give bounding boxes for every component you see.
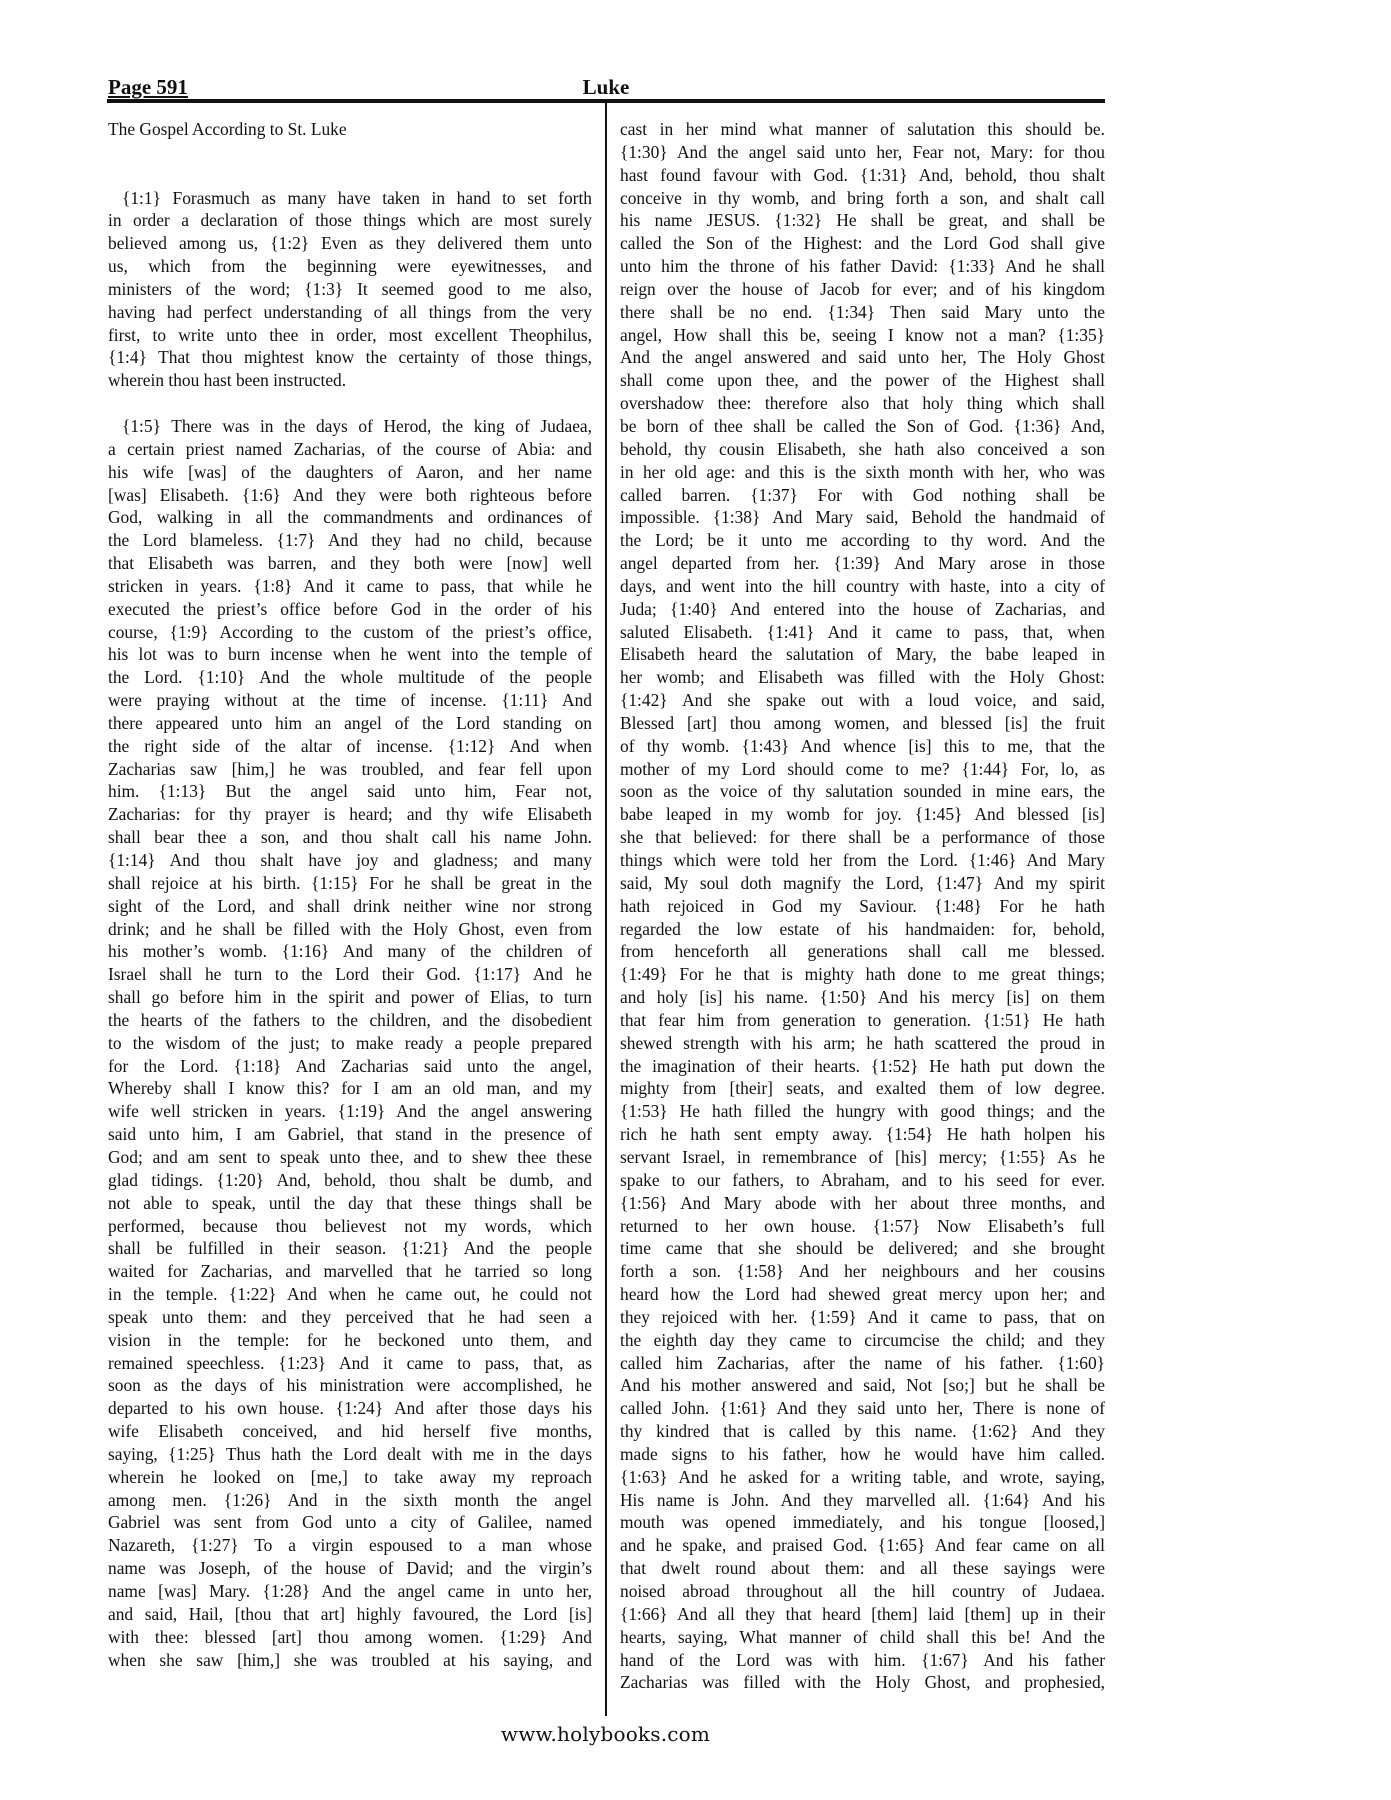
text-line: servant Israel, in remembrance of [his] … bbox=[620, 1146, 1105, 1169]
text-line: angel, How shall this be, seeing I know … bbox=[620, 324, 1105, 347]
text-line: His name is John. And they marvelled all… bbox=[620, 1489, 1105, 1512]
spacer bbox=[108, 164, 592, 187]
text-line: among men. {1:26} And in the sixth month… bbox=[108, 1489, 592, 1512]
text-line: to the wisdom of the just; to make ready… bbox=[108, 1032, 592, 1055]
text-line: wherein thou hast been instructed. bbox=[108, 369, 592, 392]
text-line: thy kindred that is called by this name.… bbox=[620, 1420, 1105, 1443]
text-line: the eighth day they came to circumcise t… bbox=[620, 1329, 1105, 1352]
text-line: sight of the Lord, and shall drink neith… bbox=[108, 895, 592, 918]
text-line: shall come upon thee, and the power of t… bbox=[620, 369, 1105, 392]
text-line: be born of thee shall be called the Son … bbox=[620, 415, 1105, 438]
text-line: name [was] Mary. {1:28} And the angel ca… bbox=[108, 1580, 592, 1603]
text-line: shall bear thee a son, and thou shalt ca… bbox=[108, 826, 592, 849]
text-line: not able to speak, until the day that th… bbox=[108, 1192, 592, 1215]
text-line: days, and went into the hill country wit… bbox=[620, 575, 1105, 598]
text-line: course, {1:9} According to the custom of… bbox=[108, 621, 592, 644]
text-line: first, to write unto thee in order, most… bbox=[108, 324, 592, 347]
text-line: glad tidings. {1:20} And, behold, thou s… bbox=[108, 1169, 592, 1192]
text-line: in the temple. {1:22} And when he came o… bbox=[108, 1283, 592, 1306]
left-column: The Gospel According to St. Luke {1:1} F… bbox=[108, 118, 592, 1671]
text-line: a certain priest named Zacharias, of the… bbox=[108, 438, 592, 461]
text-line: for the Lord. {1:18} And Zacharias said … bbox=[108, 1055, 592, 1078]
text-line: {1:66} And all they that heard [them] la… bbox=[620, 1603, 1105, 1626]
spacer bbox=[108, 392, 592, 415]
text-line: Blessed [art] thou among women, and bles… bbox=[620, 712, 1105, 735]
text-line: God; and am sent to speak unto thee, and… bbox=[108, 1146, 592, 1169]
text-line: rich he hath sent empty away. {1:54} He … bbox=[620, 1123, 1105, 1146]
text-line: {1:5} There was in the days of Herod, th… bbox=[108, 415, 592, 438]
text-line: speak unto them: and they perceived that… bbox=[108, 1306, 592, 1329]
text-line: were praying without at the time of ince… bbox=[108, 689, 592, 712]
text-line: mouth was opened immediately, and his to… bbox=[620, 1511, 1105, 1534]
text-line: time came that she should be delivered; … bbox=[620, 1237, 1105, 1260]
text-line: {1:63} And he asked for a writing table,… bbox=[620, 1466, 1105, 1489]
text-line: there appeared unto him an angel of the … bbox=[108, 712, 592, 735]
book-title: Luke bbox=[107, 74, 1105, 100]
text-line: [was] Elisabeth. {1:6} And they were bot… bbox=[108, 484, 592, 507]
text-line: called barren. {1:37} For with God nothi… bbox=[620, 484, 1105, 507]
footer-url: www.holybooks.com bbox=[0, 1722, 1211, 1746]
text-line: the right side of the altar of incense. … bbox=[108, 735, 592, 758]
text-line: remained speechless. {1:23} And it came … bbox=[108, 1352, 592, 1375]
text-line: And the angel answered and said unto her… bbox=[620, 346, 1105, 369]
text-line: heard how the Lord had shewed great merc… bbox=[620, 1283, 1105, 1306]
text-line: of thy womb. {1:43} And whence [is] this… bbox=[620, 735, 1105, 758]
text-line: the hearts of the fathers to the childre… bbox=[108, 1009, 592, 1032]
text-line: {1:30} And the angel said unto her, Fear… bbox=[620, 141, 1105, 164]
text-line: they rejoiced with her. {1:59} And it ca… bbox=[620, 1306, 1105, 1329]
text-line: overshadow thee: therefore also that hol… bbox=[620, 392, 1105, 415]
text-line: forth a son. {1:58} And her neighbours a… bbox=[620, 1260, 1105, 1283]
paragraph-2: {1:5} There was in the days of Herod, th… bbox=[108, 415, 592, 1671]
spacer bbox=[108, 141, 592, 164]
text-line: the Lord; be it unto me according to thy… bbox=[620, 529, 1105, 552]
document-title: The Gospel According to St. Luke bbox=[108, 118, 592, 141]
text-line: his wife [was] of the daughters of Aaron… bbox=[108, 461, 592, 484]
right-column: cast in her mind what manner of salutati… bbox=[620, 118, 1105, 1694]
text-line: Israel shall he turn to the Lord their G… bbox=[108, 963, 592, 986]
right-column-text: cast in her mind what manner of salutati… bbox=[620, 118, 1105, 1694]
text-line: {1:56} And Mary abode with her about thr… bbox=[620, 1192, 1105, 1215]
text-line: soon as the voice of thy salutation soun… bbox=[620, 780, 1105, 803]
text-line: called John. {1:61} And they said unto h… bbox=[620, 1397, 1105, 1420]
text-line: and said, Hail, [thou that art] highly f… bbox=[108, 1603, 592, 1626]
text-line: us, which from the beginning were eyewit… bbox=[108, 255, 592, 278]
text-line: wherein he looked on [me,] to take away … bbox=[108, 1466, 592, 1489]
text-line: his name JESUS. {1:32} He shall be great… bbox=[620, 209, 1105, 232]
text-line: waited for Zacharias, and marvelled that… bbox=[108, 1260, 592, 1283]
text-line: shall be fulfilled in their season. {1:2… bbox=[108, 1237, 592, 1260]
text-line: hast found favour with God. {1:31} And, … bbox=[620, 164, 1105, 187]
text-line: and holy [is] his name. {1:50} And his m… bbox=[620, 986, 1105, 1009]
text-line: angel departed from her. {1:39} And Mary… bbox=[620, 552, 1105, 575]
text-line: mother of my Lord should come to me? {1:… bbox=[620, 758, 1105, 781]
text-line: when she saw [him,] she was troubled at … bbox=[108, 1649, 592, 1672]
text-line: impossible. {1:38} And Mary said, Behold… bbox=[620, 506, 1105, 529]
text-line: saluted Elisabeth. {1:41} And it came to… bbox=[620, 621, 1105, 644]
text-line: {1:4} That thou mightest know the certai… bbox=[108, 346, 592, 369]
text-line: called the Son of the Highest: and the L… bbox=[620, 232, 1105, 255]
text-line: there shall be no end. {1:34} Then said … bbox=[620, 301, 1105, 324]
text-line: unto him the throne of his father David:… bbox=[620, 255, 1105, 278]
text-line: Zacharias was filled with the Holy Ghost… bbox=[620, 1671, 1105, 1694]
text-line: ministers of the word; {1:3} It seemed g… bbox=[108, 278, 592, 301]
text-line: having had perfect understanding of all … bbox=[108, 301, 592, 324]
text-line: hand of the Lord was with him. {1:67} An… bbox=[620, 1649, 1105, 1672]
text-line: wife well stricken in years. {1:19} And … bbox=[108, 1100, 592, 1123]
text-line: from henceforth all generations shall ca… bbox=[620, 940, 1105, 963]
text-line: Zacharias saw [him,] he was troubled, an… bbox=[108, 758, 592, 781]
text-line: drink; and he shall be filled with the H… bbox=[108, 918, 592, 941]
text-line: And his mother answered and said, Not [s… bbox=[620, 1374, 1105, 1397]
text-line: and he spake, and praised God. {1:65} An… bbox=[620, 1534, 1105, 1557]
text-line: with thee: blessed [art] thou among wome… bbox=[108, 1626, 592, 1649]
text-line: her womb; and Elisabeth was filled with … bbox=[620, 666, 1105, 689]
text-line: wife Elisabeth conceived, and hid hersel… bbox=[108, 1420, 592, 1443]
text-line: his lot was to burn incense when he went… bbox=[108, 643, 592, 666]
text-line: the imagination of their hearts. {1:52} … bbox=[620, 1055, 1105, 1078]
page-header: Page 591 Luke bbox=[107, 74, 1105, 100]
text-line: executed the priest’s office before God … bbox=[108, 598, 592, 621]
text-line: babe leaped in my womb for joy. {1:45} A… bbox=[620, 803, 1105, 826]
text-line: shall go before him in the spirit and po… bbox=[108, 986, 592, 1009]
text-line: returned to her own house. {1:57} Now El… bbox=[620, 1215, 1105, 1238]
text-line: Gabriel was sent from God unto a city of… bbox=[108, 1511, 592, 1534]
text-line: hearts, saying, What manner of child sha… bbox=[620, 1626, 1105, 1649]
text-line: hath rejoiced in God my Saviour. {1:48} … bbox=[620, 895, 1105, 918]
text-line: {1:1} Forasmuch as many have taken in ha… bbox=[108, 187, 592, 210]
text-line: shall rejoice at his birth. {1:15} For h… bbox=[108, 872, 592, 895]
text-line: soon as the days of his ministration wer… bbox=[108, 1374, 592, 1397]
text-line: called him Zacharias, after the name of … bbox=[620, 1352, 1105, 1375]
text-line: cast in her mind what manner of salutati… bbox=[620, 118, 1105, 141]
text-line: that Elisabeth was barren, and they both… bbox=[108, 552, 592, 575]
text-line: the Lord. {1:10} And the whole multitude… bbox=[108, 666, 592, 689]
text-line: that fear him from generation to generat… bbox=[620, 1009, 1105, 1032]
text-line: Juda; {1:40} And entered into the house … bbox=[620, 598, 1105, 621]
text-line: reign over the house of Jacob for ever; … bbox=[620, 278, 1105, 301]
text-line: God, walking in all the commandments and… bbox=[108, 506, 592, 529]
text-line: {1:14} And thou shalt have joy and gladn… bbox=[108, 849, 592, 872]
text-line: spake to our fathers, to Abraham, and to… bbox=[620, 1169, 1105, 1192]
column-divider bbox=[605, 101, 607, 1716]
text-line: behold, thy cousin Elisabeth, she hath a… bbox=[620, 438, 1105, 461]
text-line: vision in the temple: for he beckoned un… bbox=[108, 1329, 592, 1352]
text-line: Nazareth, {1:27} To a virgin espoused to… bbox=[108, 1534, 592, 1557]
text-line: believed among us, {1:2} Even as they de… bbox=[108, 232, 592, 255]
text-line: things which were told her from the Lord… bbox=[620, 849, 1105, 872]
text-line: saying, {1:25} Thus hath the Lord dealt … bbox=[108, 1443, 592, 1466]
text-line: in order a declaration of those things w… bbox=[108, 209, 592, 232]
text-line: stricken in years. {1:8} And it came to … bbox=[108, 575, 592, 598]
text-line: said, My soul doth magnify the Lord, {1:… bbox=[620, 872, 1105, 895]
text-line: {1:42} And she spake out with a loud voi… bbox=[620, 689, 1105, 712]
text-line: him. {1:13} But the angel said unto him,… bbox=[108, 780, 592, 803]
text-line: Whereby shall I know this? for I am an o… bbox=[108, 1077, 592, 1100]
text-line: {1:53} He hath filled the hungry with go… bbox=[620, 1100, 1105, 1123]
paragraph-1: {1:1} Forasmuch as many have taken in ha… bbox=[108, 187, 592, 393]
text-line: the Lord blameless. {1:7} And they had n… bbox=[108, 529, 592, 552]
text-line: made signs to his father, how he would h… bbox=[620, 1443, 1105, 1466]
text-line: regarded the low estate of his handmaide… bbox=[620, 918, 1105, 941]
text-line: said unto him, I am Gabriel, that stand … bbox=[108, 1123, 592, 1146]
text-line: noised abroad throughout all the hill co… bbox=[620, 1580, 1105, 1603]
text-line: mighty from [their] seats, and exalted t… bbox=[620, 1077, 1105, 1100]
text-line: name was Joseph, of the house of David; … bbox=[108, 1557, 592, 1580]
text-line: shewed strength with his arm; he hath sc… bbox=[620, 1032, 1105, 1055]
text-line: departed to his own house. {1:24} And af… bbox=[108, 1397, 592, 1420]
text-line: that dwelt round about them: and all the… bbox=[620, 1557, 1105, 1580]
text-line: Elisabeth heard the salutation of Mary, … bbox=[620, 643, 1105, 666]
text-line: performed, because thou believest not my… bbox=[108, 1215, 592, 1238]
text-line: conceive in thy womb, and bring forth a … bbox=[620, 187, 1105, 210]
text-line: she that believed: for there shall be a … bbox=[620, 826, 1105, 849]
text-line: {1:49} For he that is mighty hath done t… bbox=[620, 963, 1105, 986]
text-line: Zacharias: for thy prayer is heard; and … bbox=[108, 803, 592, 826]
text-line: in her old age: and this is the sixth mo… bbox=[620, 461, 1105, 484]
text-line: his mother’s womb. {1:16} And many of th… bbox=[108, 940, 592, 963]
